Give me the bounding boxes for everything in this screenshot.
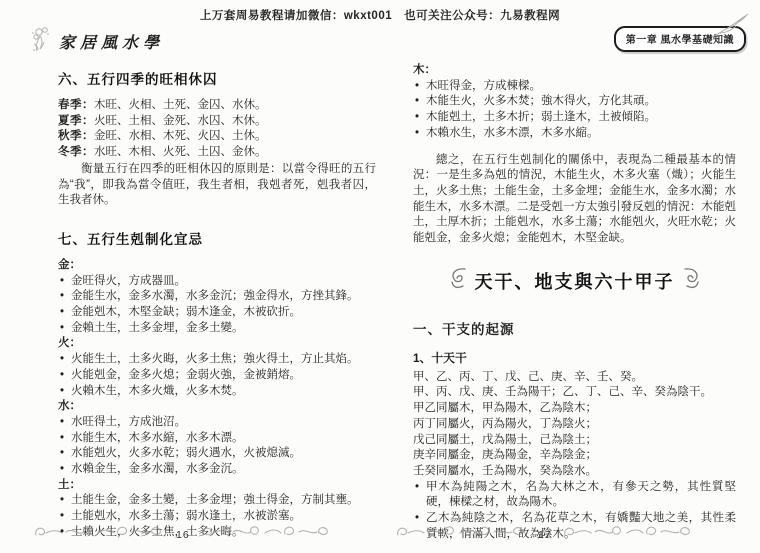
season-label: 春季： bbox=[58, 99, 94, 111]
element-group-label-fire: 火： bbox=[58, 336, 376, 352]
season-line: 冬季：水旺、木相、火死、土囚、金休。 bbox=[58, 145, 376, 161]
rule-bullet: 土能剋水，水多土蕩；弱水逢土，水被淤塞。 bbox=[58, 509, 376, 525]
swirl-ornament-right bbox=[682, 266, 702, 297]
element-group-label-metal: 金： bbox=[58, 258, 376, 274]
season-label: 夏季： bbox=[58, 115, 94, 127]
element-group-label-earth: 土： bbox=[58, 478, 376, 494]
rule-bullet: 火賴木生，木多火熾，火多木焚。 bbox=[58, 384, 376, 400]
promo-banner: 上万套周易教程请加微信：wkxt001 也可关注公众号：九易教程网 bbox=[0, 7, 760, 23]
scroll-ornament bbox=[32, 524, 167, 545]
season-text: 金旺、水相、木死、火囚、土休。 bbox=[94, 130, 267, 142]
rule-bullet: 金能剋木，木堅金缺；弱木逢金，木被砍折。 bbox=[58, 305, 376, 321]
scanned-book-spread: 上万套周易教程请加微信：wkxt001 也可关注公众号：九易教程网 家居風水學 bbox=[0, 0, 760, 553]
chapter-badge: 第一章 風水學基礎知識 bbox=[614, 26, 746, 52]
season-text: 水旺、木相、火死、土囚、金休。 bbox=[94, 146, 267, 158]
rule-bullet: 金旺得火，方成器皿。 bbox=[58, 274, 376, 290]
rule-bullet: 水能生木，木多水縮，水多木漂。 bbox=[58, 431, 376, 447]
book-title-header: 家居風水學 bbox=[30, 24, 164, 59]
scroll-ornament bbox=[199, 524, 334, 545]
rule-bullet: 木能生火，火多木焚；強木得火，方化其頑。 bbox=[413, 94, 736, 110]
left-page: 六、五行四季的旺相休囚 春季：木旺、火相、土死、金囚、水休。 夏季：火旺、土相、… bbox=[58, 68, 376, 541]
right-page-footer: 17 bbox=[394, 524, 696, 545]
stems-line: 庚辛同屬金，庚為陽金，辛為陰金； bbox=[413, 448, 736, 464]
scroll-ornament bbox=[561, 524, 696, 545]
season-line: 秋季：金旺、水相、木死、火囚、土休。 bbox=[58, 129, 376, 145]
swirl-ornament-left bbox=[448, 266, 468, 297]
rule-bullet: 火能剋金，金多火熄；金弱火強，金被銷熔。 bbox=[58, 368, 376, 384]
left-page-footer: 16 bbox=[32, 524, 334, 545]
season-label: 秋季： bbox=[58, 130, 94, 142]
rule-bullet: 火能生土，土多火晦，火多土焦；強火得土，方止其焰。 bbox=[58, 352, 376, 368]
book-title: 家居風水學 bbox=[59, 30, 164, 53]
season-text: 火旺、土相、金死、水囚、木休。 bbox=[94, 115, 267, 127]
section-six-paragraph: 衡量五行在四季的旺相休囚的原則是：以當令得旺的五行為“我”，即我為當令值旺，我生… bbox=[58, 162, 376, 209]
season-label: 冬季： bbox=[58, 146, 94, 158]
stems-line: 甲、乙、丙、丁、戊、己、庚、辛、壬、癸。 bbox=[413, 370, 736, 386]
rule-bullet: 金賴土生，土多金埋，金多土變。 bbox=[58, 321, 376, 337]
rule-bullet: 木旺得金，方成棟樑。 bbox=[413, 79, 736, 95]
rule-bullet: 土能生金，金多土變，土多金埋；強土得金，方制其壅。 bbox=[58, 493, 376, 509]
element-group-label-water: 水： bbox=[58, 399, 376, 415]
stems-line: 戊己同屬土，戊為陽土，己為陰土； bbox=[413, 433, 736, 449]
chapter-title: 天干、地支與六十甲子 bbox=[475, 268, 675, 294]
summary-paragraph: 總之，在五行生剋制化的關係中，表現為二種最基本的情況：一是生多為剋的情況，木能生… bbox=[413, 153, 736, 247]
page-number-right: 17 bbox=[538, 529, 552, 541]
right-page: 木： 木旺得金，方成棟樑。 木能生火，火多木焚；強木得火，方化其頑。 木能剋土，… bbox=[413, 63, 736, 542]
subsection-heading-ten-stems: 1、十天干 bbox=[413, 349, 736, 366]
page-number-left: 16 bbox=[176, 529, 190, 541]
season-line: 春季：木旺、火相、土死、金囚、水休。 bbox=[58, 98, 376, 114]
stems-line: 甲、丙、戊、庚、壬為陽干；乙、丁、己、辛、癸為陰干。 bbox=[413, 385, 736, 401]
section-heading-seven: 七、五行生剋制化宜忌 bbox=[58, 228, 376, 248]
plant-sketch-ornament bbox=[710, 12, 750, 41]
rule-bullet: 木能剋土，土多木折；弱土逢木，土被傾陷。 bbox=[413, 110, 736, 126]
season-text: 木旺、火相、土死、金囚、水休。 bbox=[94, 99, 267, 111]
rule-bullet: 水旺得土，方成池沼。 bbox=[58, 415, 376, 431]
chapter-badge-wrap: 第一章 風水學基礎知識 bbox=[614, 26, 746, 52]
stems-line: 丙丁同屬火，丙為陽火，丁為陰火； bbox=[413, 417, 736, 433]
stems-line: 甲乙同屬木，甲為陽木，乙為陰木； bbox=[413, 401, 736, 417]
rule-bullet: 金能生水，金多水濁，水多金沉；強金得水，方挫其鋒。 bbox=[58, 289, 376, 305]
rule-bullet: 木賴水生，水多木漂，木多水縮。 bbox=[413, 126, 736, 142]
stem-detail-bullet: 甲木為純陽之木，名為大林之木，有參天之勢，其性質堅硬，棟樑之材，故為陽木。 bbox=[413, 480, 736, 511]
section-heading-six: 六、五行四季的旺相休囚 bbox=[58, 68, 376, 88]
chapter-title-block: 天干、地支與六十甲子 bbox=[413, 266, 736, 297]
stems-line: 壬癸同屬水，壬為陽水，癸為陰水。 bbox=[413, 464, 736, 480]
element-group-label-wood: 木： bbox=[413, 63, 736, 79]
rule-bullet: 水賴金生，金多水濁，水多金沉。 bbox=[58, 462, 376, 478]
rule-bullet: 水能剋火，火多水乾；弱火遇水，火被熄滅。 bbox=[58, 446, 376, 462]
scroll-ornament bbox=[394, 524, 529, 545]
flower-ornament bbox=[30, 24, 54, 59]
section-heading-origin: 一、干支的起源 bbox=[413, 318, 736, 338]
season-line: 夏季：火旺、土相、金死、水囚、木休。 bbox=[58, 114, 376, 130]
